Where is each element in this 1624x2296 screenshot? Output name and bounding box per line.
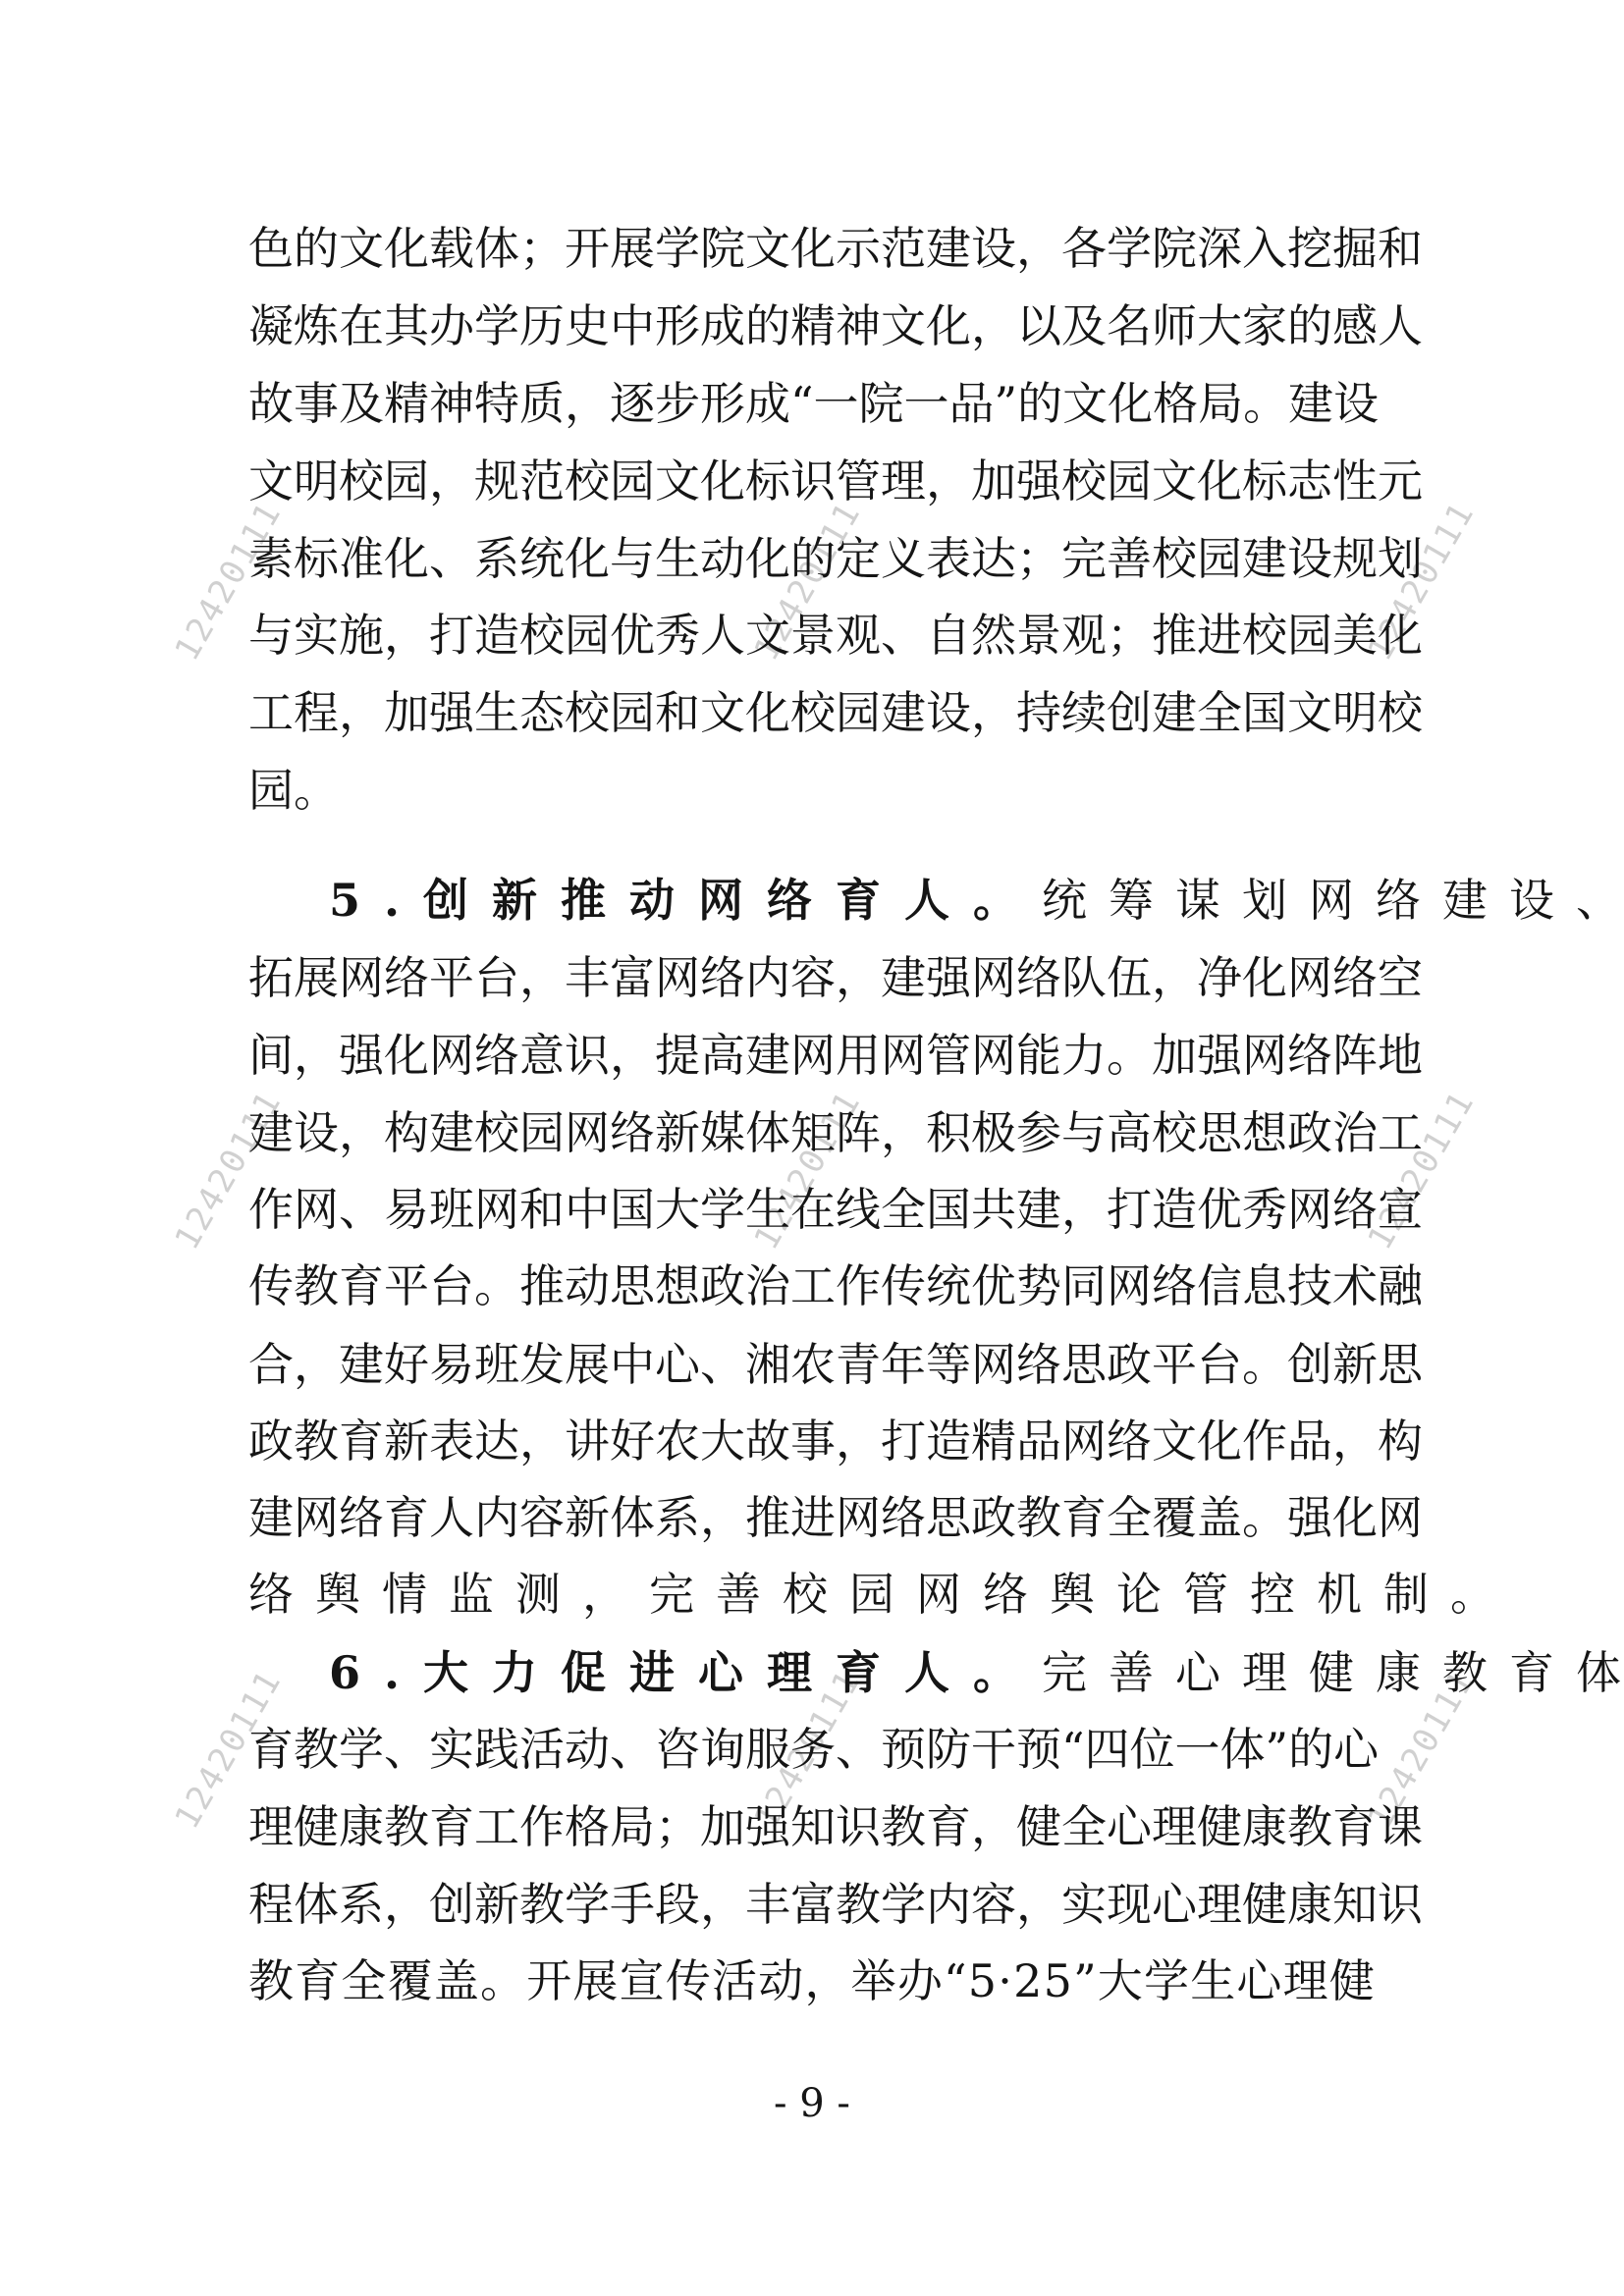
glyph: 秀 bbox=[655, 606, 700, 665]
glyph: 化 bbox=[384, 1026, 429, 1085]
glyph: 2 bbox=[1013, 1951, 1042, 2010]
glyph: 文 bbox=[700, 683, 745, 742]
glyph: 故 bbox=[745, 1412, 790, 1470]
text-line: 育教学、实践活动、咨询服务、预防干预“四位一体”的心 bbox=[248, 1720, 1375, 1779]
glyph: 化 bbox=[384, 529, 429, 588]
glyph: 完 bbox=[1061, 529, 1107, 588]
glyph: 色 bbox=[248, 219, 294, 278]
glyph: 盖 bbox=[1197, 1488, 1242, 1547]
glyph: ； bbox=[519, 219, 565, 278]
glyph: 格 bbox=[1153, 374, 1198, 433]
glyph: 教 bbox=[294, 1412, 339, 1470]
glyph: 精 bbox=[384, 374, 429, 433]
glyph: ， bbox=[971, 1797, 1016, 1856]
glyph: ， bbox=[565, 374, 610, 433]
glyph: 络 bbox=[1107, 1412, 1152, 1470]
glyph: 动 bbox=[758, 1951, 803, 2010]
glyph: 与 bbox=[610, 529, 655, 588]
glyph: 实 bbox=[429, 1720, 474, 1779]
glyph: 阵 bbox=[836, 1103, 881, 1162]
glyph: 践 bbox=[474, 1720, 519, 1779]
glyph: 共 bbox=[971, 1180, 1016, 1239]
glyph: ， bbox=[700, 1488, 745, 1547]
glyph: 传 bbox=[248, 1256, 294, 1315]
glyph: 造 bbox=[1152, 1180, 1197, 1239]
glyph: 体 bbox=[1220, 1720, 1266, 1779]
glyph: 政 bbox=[1287, 1103, 1332, 1162]
glyph: 统 bbox=[519, 529, 565, 588]
glyph: 形 bbox=[700, 374, 745, 433]
glyph: 化 bbox=[1197, 452, 1242, 510]
glyph: 志 bbox=[1287, 452, 1332, 510]
glyph: 载 bbox=[429, 219, 474, 278]
glyph: 以 bbox=[1016, 296, 1061, 355]
glyph: 思 bbox=[926, 1488, 971, 1547]
glyph: 化 bbox=[1242, 948, 1287, 1007]
text-line: 合，建好易班发展中心、湘农青年等网络思政平台。创新思 bbox=[248, 1335, 1375, 1394]
text-line: 建网络育人内容新体系，推进网络思政教育全覆盖。强化网 bbox=[248, 1488, 1375, 1547]
glyph: 媒 bbox=[700, 1103, 745, 1162]
glyph: 预 bbox=[881, 1720, 926, 1779]
glyph: 健 bbox=[1242, 1875, 1287, 1934]
glyph: ， bbox=[384, 606, 429, 665]
glyph: 容 bbox=[790, 948, 836, 1007]
glyph: 想 bbox=[655, 1256, 700, 1315]
glyph: 网 bbox=[1107, 1256, 1152, 1315]
glyph: 预 bbox=[1016, 1720, 1061, 1779]
glyph: 创 bbox=[1287, 1335, 1332, 1394]
glyph: 中 bbox=[610, 1335, 655, 1394]
glyph: 思 bbox=[610, 1256, 655, 1315]
glyph: 的 bbox=[1287, 296, 1332, 355]
glyph: 设 bbox=[294, 1103, 339, 1162]
glyph: 大 bbox=[1098, 1951, 1143, 2010]
glyph: 。 bbox=[1243, 374, 1288, 433]
glyph: 强 bbox=[339, 1026, 384, 1085]
glyph: 深 bbox=[1197, 219, 1242, 278]
glyph: 办 bbox=[429, 296, 474, 355]
glyph: 网 bbox=[1061, 1412, 1107, 1470]
glyph: 局 bbox=[610, 1797, 655, 1856]
glyph: 品 bbox=[1016, 1412, 1061, 1470]
glyph: ； bbox=[655, 1797, 700, 1856]
glyph: 络 bbox=[881, 1488, 926, 1547]
glyph: 创 bbox=[1107, 683, 1152, 742]
glyph: 台 bbox=[429, 1256, 474, 1315]
glyph: 班 bbox=[474, 1335, 519, 1394]
glyph: 四 bbox=[1085, 1720, 1130, 1779]
glyph: 达 bbox=[474, 1412, 519, 1470]
glyph: 融 bbox=[1378, 1256, 1423, 1315]
glyph: 强 bbox=[745, 1797, 790, 1856]
glyph: 动 bbox=[700, 529, 745, 588]
text-line: 传教育平台。推动思想政治工作传统优势同网络信息技术融 bbox=[248, 1256, 1375, 1315]
glyph: 想 bbox=[1242, 1103, 1287, 1162]
glyph: 班 bbox=[429, 1180, 474, 1239]
glyph: 善 bbox=[1107, 529, 1152, 588]
glyph: 事 bbox=[790, 1412, 836, 1470]
glyph: ； bbox=[1107, 606, 1152, 665]
glyph: 开 bbox=[526, 1951, 571, 2010]
glyph: 构 bbox=[384, 1103, 429, 1162]
glyph: 内 bbox=[745, 948, 790, 1007]
glyph: ， bbox=[971, 683, 1016, 742]
glyph: “ bbox=[790, 374, 814, 433]
glyph: ， bbox=[1332, 1412, 1378, 1470]
glyph: 文 bbox=[339, 219, 384, 278]
glyph: 育 bbox=[248, 1720, 294, 1779]
glyph: 定 bbox=[836, 529, 881, 588]
glyph: 高 bbox=[700, 1026, 745, 1085]
glyph: 设 bbox=[971, 219, 1016, 278]
glyph: 宣 bbox=[1378, 1180, 1423, 1239]
glyph: 干 bbox=[971, 1720, 1016, 1779]
glyph: 。 bbox=[1242, 1488, 1287, 1547]
glyph: 络 bbox=[339, 1488, 384, 1547]
glyph: 打 bbox=[881, 1412, 926, 1470]
glyph: 好 bbox=[384, 1335, 429, 1394]
glyph: 在 bbox=[339, 296, 384, 355]
glyph: 传 bbox=[666, 1951, 711, 2010]
glyph: 构 bbox=[1378, 1412, 1423, 1470]
glyph: 网 bbox=[429, 1026, 474, 1085]
glyph: 文 bbox=[655, 452, 700, 510]
glyph: 治 bbox=[745, 1256, 790, 1315]
glyph: 教 bbox=[248, 1951, 294, 2010]
glyph: 湘 bbox=[745, 1335, 790, 1394]
glyph: ， bbox=[1152, 948, 1197, 1007]
glyph: 育 bbox=[339, 1256, 384, 1315]
glyph: 现 bbox=[1107, 1875, 1152, 1934]
glyph: 网 bbox=[971, 1335, 1016, 1394]
glyph: 园 bbox=[565, 606, 610, 665]
text-line: 作网、易班网和中国大学生在线全国共建，打造优秀网络宣 bbox=[248, 1180, 1375, 1239]
glyph: ， bbox=[1061, 1180, 1107, 1239]
glyph: 育 bbox=[339, 1412, 384, 1470]
glyph: 学 bbox=[881, 1875, 926, 1934]
glyph: 神 bbox=[836, 296, 881, 355]
glyph: 体 bbox=[294, 1875, 339, 1934]
glyph: 康 bbox=[1242, 1797, 1287, 1856]
glyph: 加 bbox=[384, 683, 429, 742]
glyph: 络 bbox=[610, 1103, 655, 1162]
glyph: 络 bbox=[1016, 948, 1061, 1007]
glyph: 易 bbox=[429, 1335, 474, 1394]
glyph: 线 bbox=[836, 1180, 881, 1239]
glyph: 高 bbox=[1107, 1103, 1152, 1162]
glyph: 平 bbox=[429, 948, 474, 1007]
glyph: 生 bbox=[474, 683, 519, 742]
glyph: 服 bbox=[745, 1720, 790, 1779]
glyph: ， bbox=[339, 683, 384, 742]
glyph: 育 bbox=[295, 1951, 340, 2010]
glyph: 理 bbox=[881, 452, 926, 510]
glyph: 等 bbox=[926, 1335, 971, 1394]
glyph: 表 bbox=[429, 1412, 474, 1470]
glyph: 手 bbox=[610, 1875, 655, 1934]
glyph: 宣 bbox=[620, 1951, 665, 2010]
text-run: 完善心理健康教育体系。构建教 bbox=[1042, 1643, 1624, 1702]
glyph: 一 bbox=[904, 374, 949, 433]
glyph: 化 bbox=[745, 683, 790, 742]
glyph: 提 bbox=[655, 1026, 700, 1085]
glyph: ， bbox=[519, 1412, 565, 1470]
glyph: 实 bbox=[294, 606, 339, 665]
glyph: 建 bbox=[1016, 1180, 1061, 1239]
glyph: 园 bbox=[1287, 606, 1332, 665]
glyph: 网 bbox=[1287, 948, 1332, 1007]
glyph: 作 bbox=[836, 1256, 881, 1315]
glyph: 讲 bbox=[565, 1412, 610, 1470]
glyph: 化 bbox=[926, 296, 971, 355]
glyph: 教 bbox=[836, 1875, 881, 1934]
glyph: 全 bbox=[881, 1180, 926, 1239]
glyph: 元 bbox=[1378, 452, 1423, 510]
glyph: 心 bbox=[1107, 1797, 1152, 1856]
glyph: 。 bbox=[1242, 1335, 1287, 1394]
glyph: 合 bbox=[248, 1335, 294, 1394]
glyph: 造 bbox=[926, 1412, 971, 1470]
glyph: 品 bbox=[1287, 1412, 1332, 1470]
glyph: 精 bbox=[971, 1412, 1016, 1470]
glyph: 工 bbox=[474, 1797, 519, 1856]
glyph: 学 bbox=[474, 296, 519, 355]
glyph: 络 bbox=[1332, 1180, 1378, 1239]
glyph: 造 bbox=[474, 606, 519, 665]
glyph: 强 bbox=[429, 683, 474, 742]
glyph: 成 bbox=[700, 296, 745, 355]
glyph: 好 bbox=[610, 1412, 655, 1470]
glyph: 农 bbox=[790, 1335, 836, 1394]
glyph: 设 bbox=[1287, 529, 1332, 588]
glyph: 内 bbox=[926, 1875, 971, 1934]
glyph: 表 bbox=[926, 529, 971, 588]
glyph: 。 bbox=[480, 1951, 525, 2010]
glyph: 推 bbox=[1152, 606, 1197, 665]
glyph: 院 bbox=[700, 219, 745, 278]
glyph: 活 bbox=[519, 1720, 565, 1779]
glyph: 学 bbox=[565, 1875, 610, 1934]
glyph: 明 bbox=[1332, 683, 1378, 742]
paragraph-first-line: 6.大力促进心理育人。 完善心理健康教育体系。构建教 bbox=[329, 1643, 1375, 1702]
glyph: 络 bbox=[1016, 1335, 1061, 1394]
glyph: 校 bbox=[790, 683, 836, 742]
glyph: 特 bbox=[474, 374, 519, 433]
glyph: 工 bbox=[1378, 1103, 1423, 1162]
glyph: 新 bbox=[565, 1488, 610, 1547]
glyph: 景 bbox=[1016, 606, 1061, 665]
glyph: 文 bbox=[1287, 683, 1332, 742]
glyph: 学 bbox=[1107, 219, 1152, 278]
glyph: 络 bbox=[1332, 948, 1378, 1007]
paragraph-first-line: 5.创新推动网络育人。 统筹谋划网络建设、网络管理， bbox=[329, 871, 1375, 930]
glyph: 园 bbox=[384, 452, 429, 510]
glyph: 史 bbox=[565, 296, 610, 355]
glyph: 及 bbox=[339, 374, 384, 433]
glyph: 加 bbox=[700, 1797, 745, 1856]
glyph: 续 bbox=[1061, 683, 1107, 742]
glyph: 入 bbox=[1242, 219, 1287, 278]
glyph: 逐 bbox=[610, 374, 655, 433]
text-line: 理健康教育工作格局；加强知识教育，健全心理健康教育课 bbox=[248, 1797, 1375, 1856]
glyph: 建 bbox=[1288, 374, 1333, 433]
glyph: 校 bbox=[1061, 452, 1107, 510]
glyph: 心 bbox=[1333, 1720, 1379, 1779]
glyph: 院 bbox=[859, 374, 904, 433]
glyph: 示 bbox=[836, 219, 881, 278]
glyph: 校 bbox=[1152, 529, 1197, 588]
glyph: 、 bbox=[429, 529, 474, 588]
glyph: 国 bbox=[926, 1180, 971, 1239]
glyph: 净 bbox=[1197, 948, 1242, 1007]
glyph: 神 bbox=[429, 374, 474, 433]
glyph: 网 bbox=[339, 948, 384, 1007]
glyph: 品 bbox=[949, 374, 995, 433]
glyph: 管 bbox=[926, 1026, 971, 1085]
glyph: 强 bbox=[926, 948, 971, 1007]
glyph: 体 bbox=[474, 219, 519, 278]
glyph: 间 bbox=[248, 1026, 294, 1085]
glyph: 校 bbox=[565, 452, 610, 510]
glyph: 质 bbox=[519, 374, 565, 433]
glyph: 建 bbox=[248, 1103, 294, 1162]
glyph: 健 bbox=[294, 1797, 339, 1856]
glyph: 全 bbox=[341, 1951, 386, 2010]
glyph: 丰 bbox=[565, 948, 610, 1007]
glyph: 设 bbox=[926, 683, 971, 742]
glyph: ， bbox=[519, 948, 565, 1007]
glyph: 教 bbox=[294, 1720, 339, 1779]
glyph: 势 bbox=[1016, 1256, 1061, 1315]
glyph: ， bbox=[294, 1335, 339, 1394]
glyph: 意 bbox=[519, 1026, 565, 1085]
glyph: 开 bbox=[565, 219, 610, 278]
glyph: 极 bbox=[971, 1103, 1016, 1162]
glyph: 络 bbox=[1152, 1256, 1197, 1315]
glyph: “ bbox=[944, 1951, 967, 2010]
glyph: 性 bbox=[1332, 452, 1378, 510]
glyph: 作 bbox=[519, 1797, 565, 1856]
glyph: 台 bbox=[1197, 1335, 1242, 1394]
glyph: 文 bbox=[1062, 374, 1108, 433]
glyph: 文 bbox=[745, 219, 790, 278]
glyph: 参 bbox=[1016, 1103, 1061, 1162]
glyph: ， bbox=[384, 1875, 429, 1934]
glyph: 的 bbox=[294, 219, 339, 278]
glyph: 作 bbox=[248, 1180, 294, 1239]
glyph: 其 bbox=[384, 296, 429, 355]
glyph: 家 bbox=[1242, 296, 1287, 355]
glyph: 康 bbox=[339, 1797, 384, 1856]
glyph: 与 bbox=[248, 606, 294, 665]
glyph: 理 bbox=[1283, 1951, 1328, 2010]
glyph: 心 bbox=[1236, 1951, 1281, 2010]
glyph: 标 bbox=[745, 452, 790, 510]
glyph: 富 bbox=[610, 948, 655, 1007]
glyph: 网 bbox=[294, 1488, 339, 1547]
glyph: 炼 bbox=[294, 296, 339, 355]
glyph: 网 bbox=[971, 948, 1016, 1007]
glyph: 化 bbox=[565, 529, 610, 588]
glyph: 网 bbox=[1378, 1488, 1423, 1547]
glyph: 理 bbox=[1197, 1875, 1242, 1934]
glyph: 生 bbox=[1190, 1951, 1235, 2010]
glyph: 范 bbox=[881, 219, 926, 278]
glyph: 活 bbox=[712, 1951, 757, 2010]
glyph: 事 bbox=[294, 374, 339, 433]
text-line: 凝炼在其办学历史中形成的精神文化，以及名师大家的感人 bbox=[248, 296, 1375, 355]
glyph: 义 bbox=[881, 529, 926, 588]
glyph: 积 bbox=[926, 1103, 971, 1162]
glyph: 大 bbox=[1197, 296, 1242, 355]
glyph: 校 bbox=[1378, 683, 1423, 742]
glyph: 优 bbox=[1197, 1180, 1242, 1239]
glyph: 展 bbox=[572, 1951, 618, 2010]
glyph: 育 bbox=[926, 1797, 971, 1856]
glyph: ； bbox=[1016, 529, 1061, 588]
text-line: 素标准化、系统化与生动化的定义表达；完善校园建设规划 bbox=[248, 529, 1375, 588]
glyph: 和 bbox=[655, 683, 700, 742]
glyph: 青 bbox=[836, 1335, 881, 1394]
glyph: 作 bbox=[1242, 1412, 1287, 1470]
glyph: 政 bbox=[700, 1256, 745, 1315]
glyph: 系 bbox=[339, 1875, 384, 1934]
glyph: 识 bbox=[565, 1026, 610, 1085]
glyph: 中 bbox=[610, 296, 655, 355]
glyph: 观 bbox=[1061, 606, 1107, 665]
glyph: 学 bbox=[1144, 1951, 1189, 2010]
glyph: ， bbox=[881, 1103, 926, 1162]
text-line: 间，强化网络意识，提高建网用网管网能力。加强网络阵地 bbox=[248, 1026, 1375, 1085]
text-line: 故事及精神特质，逐步形成“一院一品”的文化格局。建设 bbox=[248, 374, 1375, 433]
glyph: 能 bbox=[1016, 1026, 1061, 1085]
glyph: 园 bbox=[519, 1103, 565, 1162]
glyph: ， bbox=[971, 296, 1016, 355]
glyph: 建 bbox=[881, 948, 926, 1007]
glyph: 同 bbox=[1061, 1256, 1107, 1315]
glyph: 康 bbox=[1287, 1875, 1332, 1934]
glyph: 一 bbox=[1175, 1720, 1220, 1779]
glyph: 育 bbox=[1061, 1488, 1107, 1547]
glyph: 政 bbox=[248, 1412, 294, 1470]
glyph: 化 bbox=[1197, 1412, 1242, 1470]
glyph: 5 bbox=[1044, 1951, 1072, 2010]
glyph: 网 bbox=[1242, 1026, 1287, 1085]
glyph: 的 bbox=[1017, 374, 1062, 433]
glyph: 台 bbox=[474, 948, 519, 1007]
text-line: 络舆情监测，完善校园网络舆论管控机制。 bbox=[248, 1565, 1375, 1624]
text-line: 程体系，创新教学手段，丰富教学内容，实现心理健康知识 bbox=[248, 1875, 1375, 1934]
text-line: 色的文化载体；开展学院文化示范建设，各学院深入挖掘和 bbox=[248, 219, 1375, 278]
glyph: 中 bbox=[565, 1180, 610, 1239]
glyph: ， bbox=[836, 948, 881, 1007]
glyph: 、 bbox=[836, 1720, 881, 1779]
glyph: 校 bbox=[1152, 1103, 1197, 1162]
glyph: 园 bbox=[610, 683, 655, 742]
glyph: 展 bbox=[565, 1335, 610, 1394]
glyph: 故 bbox=[248, 374, 294, 433]
glyph: 和 bbox=[519, 1180, 565, 1239]
glyph: 心 bbox=[655, 1335, 700, 1394]
glyph: 美 bbox=[1332, 606, 1378, 665]
text-line: 政教育新表达，讲好农大故事，打造精品网络文化作品，构 bbox=[248, 1412, 1375, 1470]
glyph: 程 bbox=[294, 683, 339, 742]
glyph: 覆 bbox=[388, 1951, 433, 2010]
glyph: 举 bbox=[851, 1951, 896, 2010]
glyph: 实 bbox=[1061, 1875, 1107, 1934]
glyph: 自 bbox=[926, 606, 971, 665]
glyph: 理 bbox=[248, 1797, 294, 1856]
